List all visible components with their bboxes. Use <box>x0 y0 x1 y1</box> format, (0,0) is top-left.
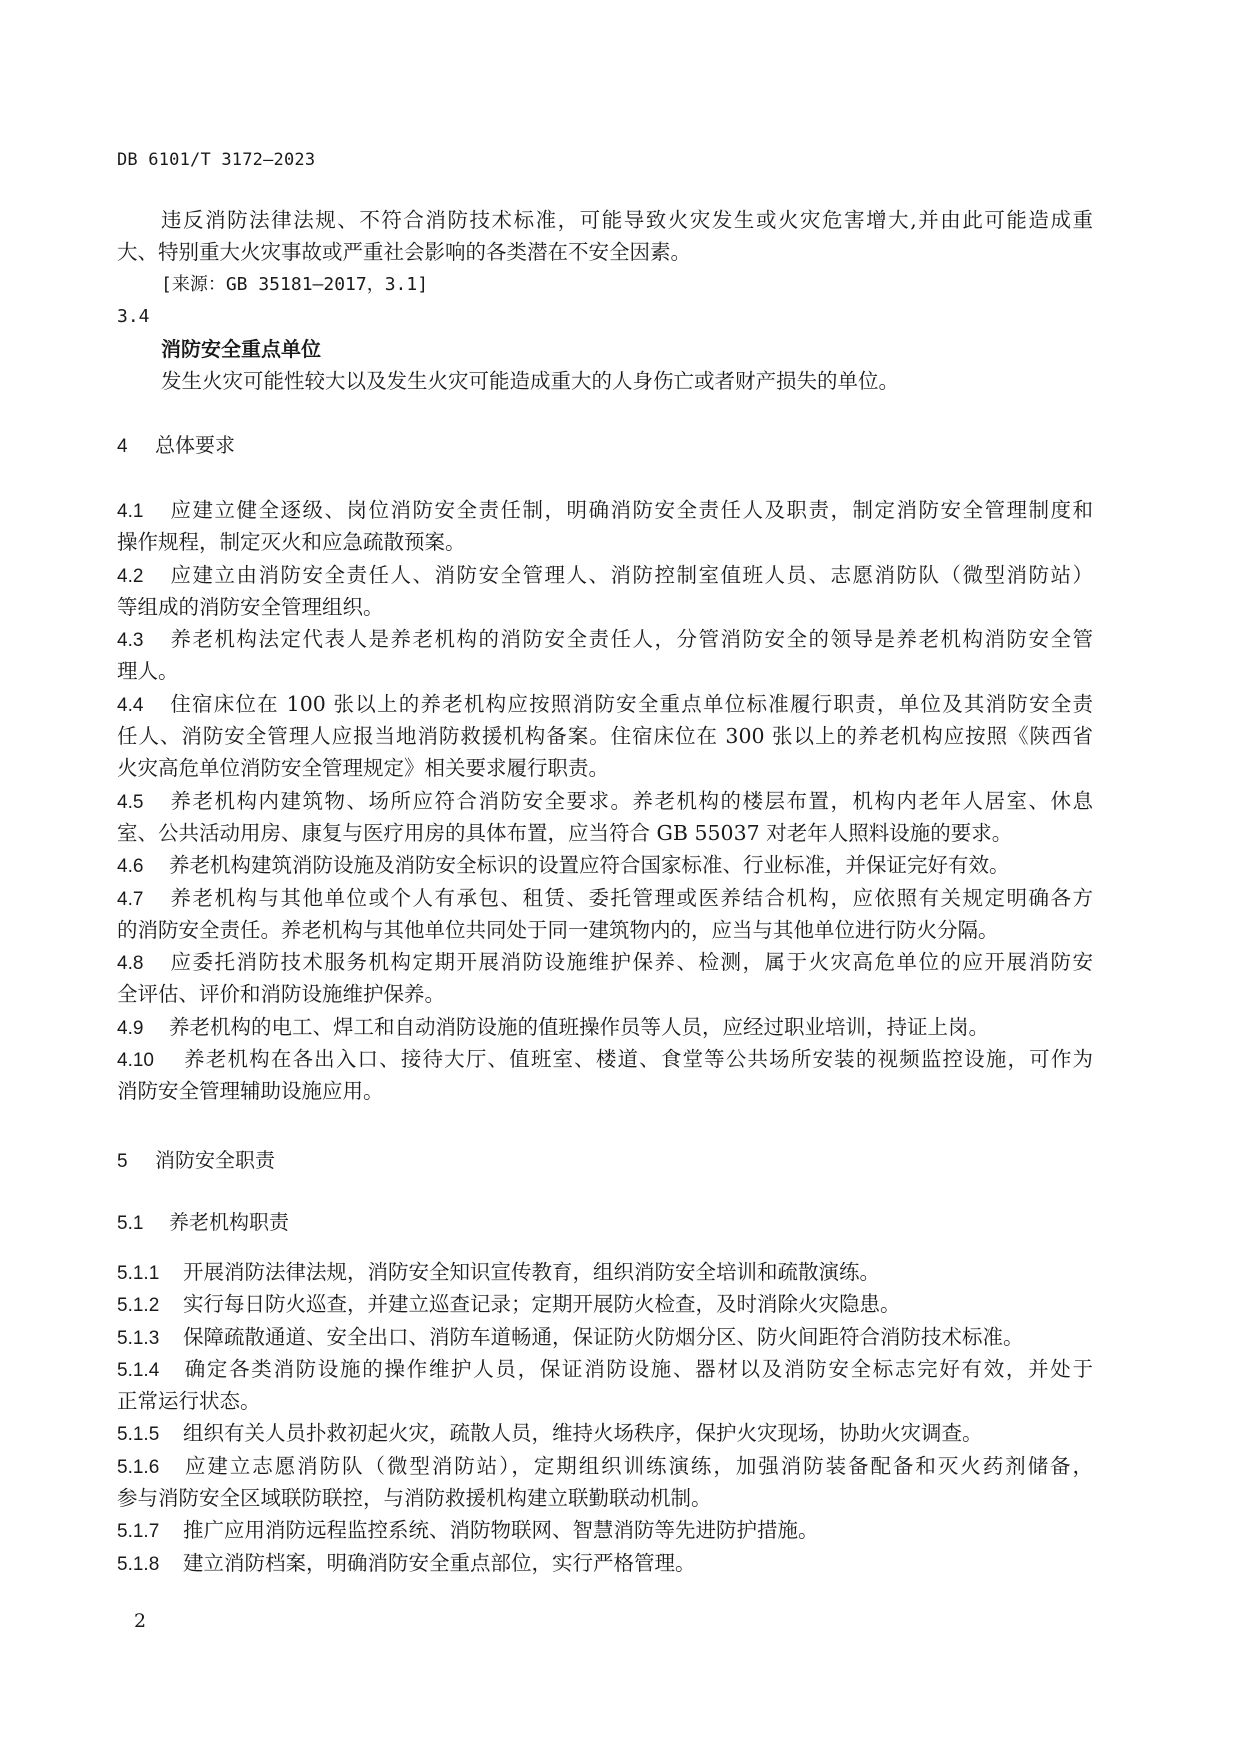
clause-5-1-5: 5.1.5组织有关人员扑救初起火灾，疏散人员，维持火场秩序，保护火灾现场，协助火… <box>117 1417 1093 1449</box>
clause-text: 应建立健全逐级、岗位消防安全责任制，明确消防安全责任人及职责，制定消防安全管理制… <box>169 498 1093 522</box>
clause-number: 5.1.3 <box>117 1323 183 1355</box>
definition-text: 大、特别重大火灾事故或严重社会影响的各类潜在不安全因素。 <box>117 236 1093 268</box>
clause-text: 实行每日防火巡查，并建立巡查记录；定期开展防火检查，及时消除火灾隐患。 <box>183 1292 901 1316</box>
section-5-heading: 5消防安全职责 <box>117 1144 1093 1176</box>
clause-4-4: 4.4住宿床位在 100 张以上的养老机构应按照消防安全重点单位标准履行职责，单… <box>117 688 1093 720</box>
clause-4-10: 4.10养老机构在各出入口、接待大厅、值班室、楼道、食堂等公共场所安装的视频监控… <box>117 1043 1093 1075</box>
clause-text: 应建立由消防安全责任人、消防安全管理人、消防控制室值班人员、志愿消防队（微型消防… <box>169 563 1093 587</box>
clause-text: 全评估、评价和消防设施维护保养。 <box>117 982 445 1006</box>
clause-number: 4.7 <box>117 884 169 916</box>
clause-text: 住宿床位在 100 张以上的养老机构应按照消防安全重点单位标准履行职责，单位及其… <box>169 692 1093 716</box>
clause-5-1-6: 5.1.6应建立志愿消防队（微型消防站），定期组织训练演练，加强消防装备配备和灭… <box>117 1450 1093 1482</box>
clause-text: 养老机构法定代表人是养老机构的消防安全责任人，分管消防安全的领导是养老机构消防安… <box>169 627 1093 651</box>
clause-number: 5.1.2 <box>117 1290 183 1322</box>
clause-text: 理人。 <box>117 659 179 683</box>
clause-4-3: 4.3养老机构法定代表人是养老机构的消防安全责任人，分管消防安全的领导是养老机构… <box>117 623 1093 655</box>
clause-4-7: 4.7养老机构与其他单位或个人有承包、租赁、委托管理或医养结合机构，应依照有关规… <box>117 882 1093 914</box>
clause-number: 4.9 <box>117 1013 169 1045</box>
clause-continuation: 操作规程，制定灭火和应急疏散预案。 <box>117 526 1093 558</box>
clause-number: 4.10 <box>117 1045 183 1077</box>
clause-5-1-8: 5.1.8建立消防档案，明确消防安全重点部位，实行严格管理。 <box>117 1547 1093 1579</box>
clause-text: 操作规程，制定灭火和应急疏散预案。 <box>117 530 466 554</box>
subsection-5-1-heading: 5.1养老机构职责 <box>117 1206 1093 1238</box>
clause-number: 4.4 <box>117 690 169 722</box>
clause-continuation: 理人。 <box>117 655 1093 687</box>
section-title: 总体要求 <box>155 433 235 457</box>
section-4-clauses: 4.1应建立健全逐级、岗位消防安全责任制，明确消防安全责任人及职责，制定消防安全… <box>117 494 1093 1108</box>
clause-number: 5.1.7 <box>117 1516 183 1548</box>
clause-continuation: 全评估、评价和消防设施维护保养。 <box>117 978 1093 1010</box>
document-page: DB 6101/T 3172—2023 违反消防法律法规、不符合消防技术标准，可… <box>0 0 1241 1754</box>
page-number: 2 <box>134 1610 146 1632</box>
clause-5-1-1: 5.1.1开展消防法律法规，消防安全知识宣传教育，组织消防安全培训和疏散演练。 <box>117 1256 1093 1288</box>
document-header-id: DB 6101/T 3172—2023 <box>117 150 315 170</box>
clause-number: 4.2 <box>117 561 169 593</box>
clause-text: 保障疏散通道、安全出口、消防车道畅通，保证防火防烟分区、防火间距符合消防技术标准… <box>183 1325 1024 1349</box>
clause-number: 4.1 <box>117 496 169 528</box>
clause-text: 组织有关人员扑救初起火灾，疏散人员，维持火场秩序，保护火灾现场，协助火灾调查。 <box>183 1421 983 1445</box>
clause-text: 推广应用消防远程监控系统、消防物联网、智慧消防等先进防护措施。 <box>183 1518 819 1542</box>
subsection-title: 养老机构职责 <box>169 1210 289 1234</box>
clause-continuation: 火灾高危单位消防安全管理规定》相关要求履行职责。 <box>117 752 1093 784</box>
clause-continuation: 正常运行状态。 <box>117 1385 1093 1417</box>
clause-continuation: 等组成的消防安全管理组织。 <box>117 591 1093 623</box>
clause-number: 5.1.1 <box>117 1258 183 1290</box>
clause-text: 建立消防档案，明确消防安全重点部位，实行严格管理。 <box>183 1551 696 1575</box>
term-title: 消防安全重点单位 <box>117 333 1093 365</box>
clause-4-1: 4.1应建立健全逐级、岗位消防安全责任制，明确消防安全责任人及职责，制定消防安全… <box>117 494 1093 526</box>
clause-4-9: 4.9养老机构的电工、焊工和自动消防设施的值班操作员等人员，应经过职业培训，持证… <box>117 1011 1093 1043</box>
clause-text: 等组成的消防安全管理组织。 <box>117 595 384 619</box>
clause-text: 参与消防安全区域联防联控，与消防救援机构建立联勤联动机制。 <box>117 1486 712 1510</box>
clause-number: 4.5 <box>117 787 169 819</box>
clause-continuation: 的消防安全责任。养老机构与其他单位共同处于同一建筑物内的，应当与其他单位进行防火… <box>117 914 1093 946</box>
clause-number: 4.3 <box>117 625 169 657</box>
clause-text: 养老机构与其他单位或个人有承包、租赁、委托管理或医养结合机构，应依照有关规定明确… <box>169 886 1093 910</box>
clause-number: 5.1.5 <box>117 1419 183 1451</box>
clause-text: 室、公共活动用房、康复与医疗用房的具体布置，应当符合 GB 55037 对老年人… <box>117 821 1012 845</box>
clause-5-1-2: 5.1.2实行每日防火巡查，并建立巡查记录；定期开展防火检查，及时消除火灾隐患。 <box>117 1288 1093 1320</box>
section-4-heading: 4总体要求 <box>117 429 1093 461</box>
clause-text: 应建立志愿消防队（微型消防站），定期组织训练演练，加强消防装备配备和灭火药剂储备… <box>183 1454 1093 1478</box>
clause-number: 4.6 <box>117 851 169 883</box>
clause-4-6: 4.6养老机构建筑消防设施及消防安全标识的设置应符合国家标准、行业标准，并保证完… <box>117 849 1093 881</box>
clause-text: 养老机构内建筑物、场所应符合消防安全要求。养老机构的楼层布置，机构内老年人居室、… <box>169 789 1093 813</box>
term-definition: 发生火灾可能性较大以及发生火灾可能造成重大的人身伤亡或者财产损失的单位。 <box>117 365 1093 397</box>
clause-4-5: 4.5养老机构内建筑物、场所应符合消防安全要求。养老机构的楼层布置，机构内老年人… <box>117 785 1093 817</box>
clause-5-1-3: 5.1.3保障疏散通道、安全出口、消防车道畅通，保证防火防烟分区、防火间距符合消… <box>117 1321 1093 1353</box>
clause-text: 的消防安全责任。养老机构与其他单位共同处于同一建筑物内的，应当与其他单位进行防火… <box>117 918 999 942</box>
clause-text: 养老机构在各出入口、接待大厅、值班室、楼道、食堂等公共场所安装的视频监控设施，可… <box>183 1047 1093 1071</box>
clause-text: 消防安全管理辅助设施应用。 <box>117 1079 384 1103</box>
definition-3-3: 违反消防法律法规、不符合消防技术标准，可能导致火灾发生或火灾危害增大,并由此可能… <box>117 204 1093 398</box>
source-reference: [来源：GB 35181—2017，3.1] <box>117 269 1093 301</box>
clause-continuation: 消防安全管理辅助设施应用。 <box>117 1075 1093 1107</box>
clause-text: 火灾高危单位消防安全管理规定》相关要求履行职责。 <box>117 756 609 780</box>
clause-continuation: 室、公共活动用房、康复与医疗用房的具体布置，应当符合 GB 55037 对老年人… <box>117 817 1093 849</box>
clause-number: 5.1.6 <box>117 1452 183 1484</box>
section-number: 5 <box>117 1146 155 1178</box>
clause-number: 5.1.8 <box>117 1549 183 1581</box>
clause-continuation: 参与消防安全区域联防联控，与消防救援机构建立联勤联动机制。 <box>117 1482 1093 1514</box>
section-number: 4 <box>117 431 155 463</box>
clause-text: 养老机构建筑消防设施及消防安全标识的设置应符合国家标准、行业标准，并保证完好有效… <box>169 853 1010 877</box>
clause-text: 开展消防法律法规，消防安全知识宣传教育，组织消防安全培训和疏散演练。 <box>183 1260 880 1284</box>
clause-text: 任人、消防安全管理人应报当地消防救援机构备案。住宿床位在 300 张以上的养老机… <box>117 724 1093 748</box>
clause-continuation: 任人、消防安全管理人应报当地消防救援机构备案。住宿床位在 300 张以上的养老机… <box>117 720 1093 752</box>
definition-text: 违反消防法律法规、不符合消防技术标准，可能导致火灾发生或火灾危害增大,并由此可能… <box>117 204 1093 236</box>
clause-number: 4.8 <box>117 948 169 980</box>
clause-text: 正常运行状态。 <box>117 1389 261 1413</box>
clause-text: 养老机构的电工、焊工和自动消防设施的值班操作员等人员，应经过职业培训，持证上岗。 <box>169 1015 989 1039</box>
clause-4-2: 4.2应建立由消防安全责任人、消防安全管理人、消防控制室值班人员、志愿消防队（微… <box>117 559 1093 591</box>
clause-text: 确定各类消防设施的操作维护人员，保证消防设施、器材以及消防安全标志完好有效，并处… <box>183 1357 1093 1381</box>
section-title: 消防安全职责 <box>155 1148 275 1172</box>
clause-4-8: 4.8应委托消防技术服务机构定期开展消防设施维护保养、检测，属于火灾高危单位的应… <box>117 946 1093 978</box>
clause-number: 5.1.4 <box>117 1355 183 1387</box>
subsection-number: 5.1 <box>117 1208 169 1240</box>
clause-text: 应委托消防技术服务机构定期开展消防设施维护保养、检测，属于火灾高危单位的应开展消… <box>169 950 1093 974</box>
subsection-5-1-clauses: 5.1.1开展消防法律法规，消防安全知识宣传教育，组织消防安全培训和疏散演练。5… <box>117 1256 1093 1579</box>
term-number: 3.4 <box>117 301 1093 333</box>
clause-5-1-4: 5.1.4确定各类消防设施的操作维护人员，保证消防设施、器材以及消防安全标志完好… <box>117 1353 1093 1385</box>
clause-5-1-7: 5.1.7推广应用消防远程监控系统、消防物联网、智慧消防等先进防护措施。 <box>117 1514 1093 1546</box>
